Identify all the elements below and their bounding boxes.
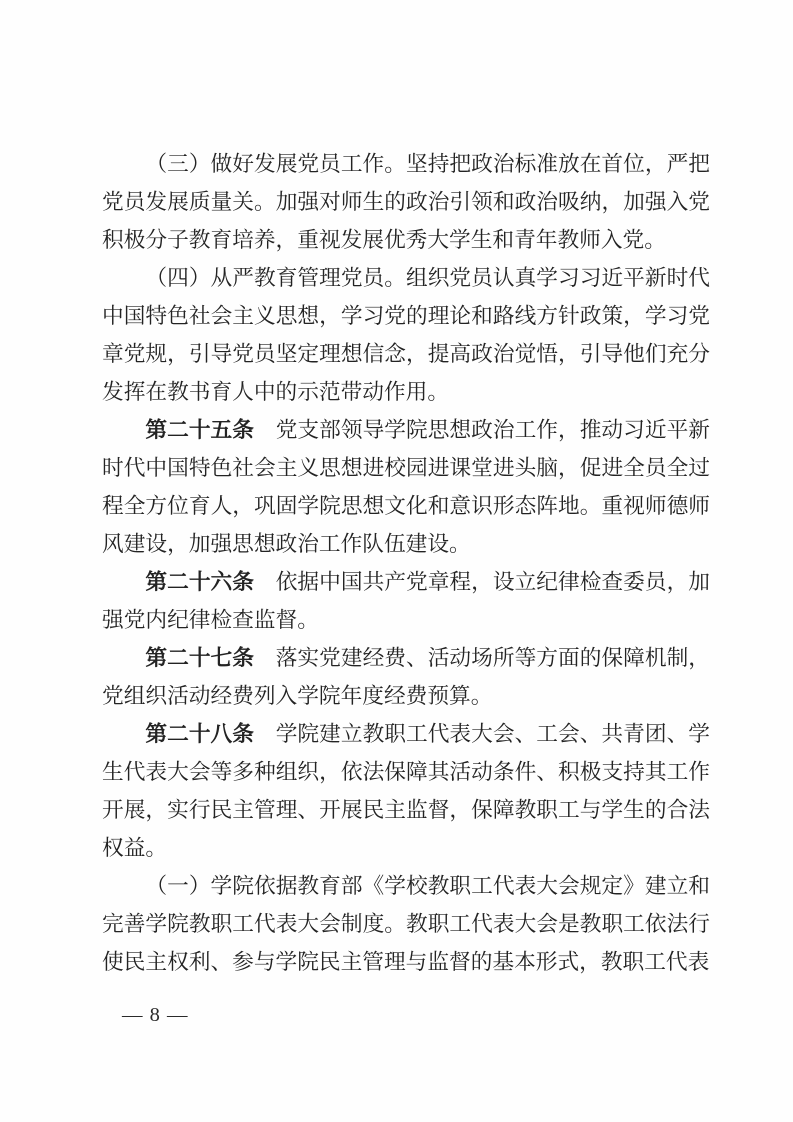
article-number: 第二十八条 (145, 722, 254, 746)
document-page: （三）做好发展党员工作。坚持把政治标准放在首位，严把党员发展质量关。加强对师生的… (0, 0, 793, 1122)
body-paragraph: 第二十八条 学院建立教职工代表大会、工会、共青团、学生代表大会等多种组织，依法保… (102, 715, 710, 867)
body-paragraph: 第二十六条 依据中国共产党章程，设立纪律检查委员，加强党内纪律检查监督。 (102, 563, 710, 639)
body-paragraph: （一）学院依据教育部《学校教职工代表大会规定》建立和完善学院教职工代表大会制度。… (102, 867, 710, 981)
document-body: （三）做好发展党员工作。坚持把政治标准放在首位，严把党员发展质量关。加强对师生的… (102, 145, 710, 981)
article-number: 第二十五条 (145, 418, 254, 442)
body-paragraph: 第二十七条 落实党建经费、活动场所等方面的保障机制，党组织活动经费列入学院年度经… (102, 639, 710, 715)
paragraph-text: （三）做好发展党员工作。坚持把政治标准放在首位，严把党员发展质量关。加强对师生的… (102, 152, 710, 252)
paragraph-text: （一）学院依据教育部《学校教职工代表大会规定》建立和完善学院教职工代表大会制度。… (102, 874, 710, 974)
page-number: — 8 — (122, 1000, 189, 1030)
body-paragraph: （四）从严教育管理党员。组织党员认真学习习近平新时代中国特色社会主义思想，学习党… (102, 259, 710, 411)
article-number: 第二十七条 (145, 646, 254, 670)
body-paragraph: 第二十五条 党支部领导学院思想政治工作，推动习近平新时代中国特色社会主义思想进校… (102, 411, 710, 563)
paragraph-text: （四）从严教育管理党员。组织党员认真学习习近平新时代中国特色社会主义思想，学习党… (102, 266, 710, 404)
article-number: 第二十六条 (145, 570, 254, 594)
body-paragraph: （三）做好发展党员工作。坚持把政治标准放在首位，严把党员发展质量关。加强对师生的… (102, 145, 710, 259)
